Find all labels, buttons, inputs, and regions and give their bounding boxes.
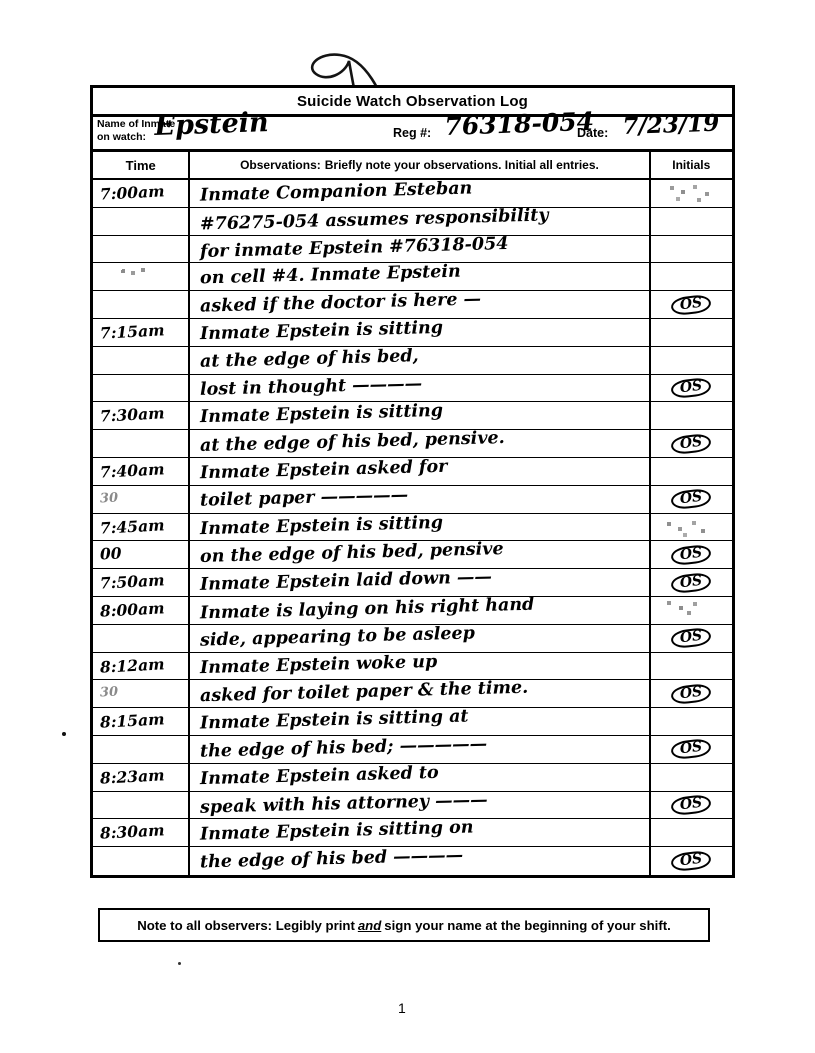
table-row: 8:00am Inmate is laying on his right han…	[93, 597, 732, 625]
ink-dot	[178, 962, 181, 965]
table-row: 7:30am Inmate Epstein is sitting	[93, 402, 732, 430]
table-row: the edge of his bed; ————— OS	[93, 736, 732, 764]
observation-cell: on the edge of his bed, pensive	[190, 541, 650, 568]
initials-cell: OS	[651, 430, 732, 457]
initials-cell: OS	[651, 736, 732, 763]
time-cell	[93, 375, 190, 402]
table-row: 8:30am Inmate Epstein is sitting on	[93, 819, 732, 847]
time-cell	[93, 347, 190, 374]
initials-cell	[651, 180, 732, 207]
observation-cell: the edge of his bed; —————	[190, 736, 650, 763]
table-row: 8:23am Inmate Epstein asked to	[93, 764, 732, 792]
ink-dot	[62, 732, 66, 736]
observation-cell: #76275-054 assumes responsibility	[190, 208, 650, 235]
initials-scribble: OS	[670, 293, 712, 316]
time-cell	[93, 847, 190, 875]
observation-cell: asked if the doctor is here —	[190, 291, 650, 318]
time-cell	[93, 430, 190, 457]
time-cell: 7:40am	[93, 458, 190, 485]
table-row: side, appearing to be asleep OS	[93, 625, 732, 653]
initials-scribble: OS	[670, 543, 712, 566]
scanned-document-page: Suicide Watch Observation Log Name of In…	[0, 0, 815, 1053]
observation-cell: at the edge of his bed,	[190, 347, 650, 374]
page-number: 1	[398, 1000, 406, 1016]
initials-cell	[651, 514, 732, 541]
initials-cell	[651, 458, 732, 485]
observation-log-form: Suicide Watch Observation Log Name of In…	[90, 85, 735, 878]
initials-cell: OS	[651, 291, 732, 318]
date-handwritten: 7/23/19	[622, 110, 720, 140]
observation-cell: the edge of his bed ————	[190, 847, 650, 875]
table-row: 7:15am Inmate Epstein is sitting	[93, 319, 732, 347]
initials-cell: OS	[651, 569, 732, 596]
table-row: 8:15am Inmate Epstein is sitting at	[93, 708, 732, 736]
initials-cell	[651, 819, 732, 846]
initials-cell	[651, 653, 732, 680]
time-cell	[93, 208, 190, 235]
date-label: Date:	[577, 126, 608, 140]
time-cell: 8:12am	[93, 653, 190, 680]
initials-scribble: OS	[670, 488, 712, 511]
table-row: at the edge of his bed, pensive. OS	[93, 430, 732, 458]
time-cell: 8:15am	[93, 708, 190, 735]
initials-cell: OS	[651, 625, 732, 652]
initials-scribble: OS	[670, 794, 712, 817]
table-row: 7:50am Inmate Epstein laid down —— OS	[93, 569, 732, 597]
table-row: the edge of his bed ———— OS	[93, 847, 732, 875]
initials-cell	[651, 319, 732, 346]
time-cell	[93, 291, 190, 318]
time-cell: 30	[93, 486, 190, 513]
table-row: 7:45am Inmate Epstein is sitting	[93, 514, 732, 542]
initials-scribble: OS	[670, 432, 712, 455]
table-row: 7:40am Inmate Epstein asked for	[93, 458, 732, 486]
scan-noise	[666, 520, 668, 522]
initials-scribble: OS	[670, 377, 712, 400]
initials-scribble: OS	[670, 627, 712, 650]
time-cell: 8:00am	[93, 597, 190, 624]
initials-cell	[651, 708, 732, 735]
observation-cell: Inmate Epstein is sitting	[190, 514, 650, 541]
reg-number-label: Reg #:	[393, 126, 431, 140]
scan-noise	[664, 600, 666, 602]
observer-note-box: Note to all observers: Legibly print and…	[98, 908, 710, 942]
observation-cell: Inmate Epstein asked for	[190, 458, 650, 485]
table-row: lost in thought ———— OS	[93, 375, 732, 403]
inmate-info-row: Name of Inmate on watch: Epstein Reg #: …	[93, 117, 732, 152]
initials-cell	[651, 236, 732, 263]
table-row: at the edge of his bed,	[93, 347, 732, 375]
observation-cell: Inmate Epstein woke up	[190, 653, 650, 680]
observations-column-header: Observations: Briefly note your observat…	[190, 152, 650, 178]
initials-cell	[651, 208, 732, 235]
time-column-header: Time	[93, 152, 190, 178]
observation-cell: Inmate Epstein is sitting	[190, 319, 650, 346]
time-cell	[93, 236, 190, 263]
initials-cell	[651, 263, 732, 290]
reg-number-handwritten: 76318-054	[444, 107, 594, 141]
table-row: on cell #4. Inmate Epstein	[93, 263, 732, 291]
initials-column-header: Initials	[651, 152, 732, 178]
time-cell	[93, 625, 190, 652]
initials-cell	[651, 347, 732, 374]
table-row: 00 on the edge of his bed, pensive OS	[93, 541, 732, 569]
initials-cell: OS	[651, 541, 732, 568]
table-row: speak with his attorney ——— OS	[93, 792, 732, 820]
time-cell: 7:00am	[93, 180, 190, 207]
initials-scribble: OS	[670, 571, 712, 594]
observation-cell: lost in thought ————	[190, 375, 650, 402]
form-title: Suicide Watch Observation Log	[297, 93, 528, 110]
time-cell: 00	[93, 541, 190, 568]
observation-cell: on cell #4. Inmate Epstein	[190, 263, 650, 290]
observation-cell: Inmate Epstein is sitting at	[190, 708, 650, 735]
time-cell: 8:23am	[93, 764, 190, 791]
time-cell	[93, 792, 190, 819]
observation-cell: asked for toilet paper & the time.	[190, 680, 650, 707]
table-header-row: Time Observations: Briefly note your obs…	[93, 152, 732, 180]
observation-cell: toilet paper —————	[190, 486, 650, 513]
time-cell	[93, 736, 190, 763]
initials-scribble: OS	[670, 850, 712, 873]
table-row: 30 toilet paper ————— OS	[93, 486, 732, 514]
initials-cell	[651, 402, 732, 429]
scan-noise	[120, 268, 122, 270]
observation-cell: speak with his attorney ———	[190, 792, 650, 819]
note-emphasis-and: and	[355, 918, 384, 933]
observation-cell: for inmate Epstein #76318-054	[190, 236, 650, 263]
table-row: 7:00am Inmate Companion Esteban	[93, 180, 732, 208]
initials-cell	[651, 764, 732, 791]
time-cell: 30	[93, 680, 190, 707]
observation-cell: Inmate is laying on his right hand	[190, 597, 650, 624]
observation-cell: Inmate Epstein laid down ——	[190, 569, 650, 596]
table-row: asked if the doctor is here — OS	[93, 291, 732, 319]
time-cell: 8:30am	[93, 819, 190, 846]
table-row: 30 asked for toilet paper & the time. OS	[93, 680, 732, 708]
observation-cell: Inmate Epstein is sitting	[190, 402, 650, 429]
initials-cell: OS	[651, 792, 732, 819]
observation-cell: at the edge of his bed, pensive.	[190, 430, 650, 457]
scan-noise	[668, 185, 670, 187]
observation-cell: Inmate Epstein is sitting on	[190, 819, 650, 846]
table-row: for inmate Epstein #76318-054	[93, 236, 732, 264]
time-cell: 7:15am	[93, 319, 190, 346]
observation-cell: Inmate Epstein asked to	[190, 764, 650, 791]
observation-cell: side, appearing to be asleep	[190, 625, 650, 652]
initials-cell: OS	[651, 847, 732, 875]
time-cell: 7:45am	[93, 514, 190, 541]
initials-cell: OS	[651, 375, 732, 402]
time-cell: 7:50am	[93, 569, 190, 596]
initials-scribble: OS	[670, 738, 712, 761]
observation-rows: 7:00am Inmate Companion Esteban #76275-0…	[93, 180, 732, 875]
initials-cell: OS	[651, 486, 732, 513]
table-row: 8:12am Inmate Epstein woke up	[93, 653, 732, 681]
initials-cell: OS	[651, 680, 732, 707]
observation-cell: Inmate Companion Esteban	[190, 180, 650, 207]
table-row: #76275-054 assumes responsibility	[93, 208, 732, 236]
inmate-name-handwritten: Epstein	[154, 107, 269, 142]
time-cell	[93, 263, 190, 290]
time-cell: 7:30am	[93, 402, 190, 429]
initials-scribble: OS	[670, 682, 712, 705]
initials-cell	[651, 597, 732, 624]
